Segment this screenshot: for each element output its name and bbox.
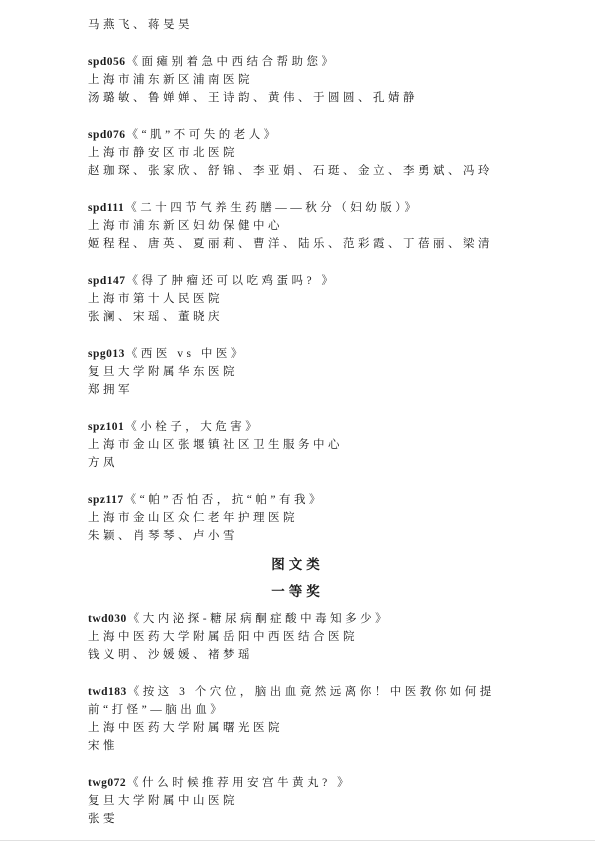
- entry-code: twd183: [88, 686, 127, 698]
- entry-twd183: twd183《按这 3 个穴位，脑出血竟然远离你！中医教你如何提前“打怪”—脑出…: [88, 683, 530, 755]
- entry-spd056: spd056《面瘫别着急中西结合帮助您》 上海市浦东新区浦南医院 汤璐敏、鲁婵婵…: [88, 53, 530, 107]
- entry-code: spd111: [88, 202, 124, 214]
- entry-code: spd076: [88, 129, 126, 141]
- entry-title: spd147《得了肿瘤还可以吃鸡蛋吗? 》: [88, 272, 530, 290]
- entry-spg013: spg013《西医 vs 中医》 复旦大学附属华东医院 郑拥军: [88, 345, 530, 399]
- section-heading: 图文类: [0, 555, 595, 575]
- entry-twg072: twg072《什么时候推荐用安宫牛黄丸? 》 复旦大学附属中山医院 张雯: [88, 774, 530, 828]
- entry-names: 钱义明、沙媛媛、褚梦瑶: [88, 646, 530, 664]
- entry-names: 方凤: [88, 454, 530, 472]
- entry-spz101: spz101《小栓子，大危害》 上海市金山区张堰镇社区卫生服务中心 方凤: [88, 418, 530, 472]
- entry-hospital: 上海中医药大学附属曙光医院: [88, 719, 530, 737]
- entry-code: twg072: [88, 777, 126, 789]
- entry-hospital: 上海市第十人民医院: [88, 290, 530, 308]
- entry-title-text: 《什么时候推荐用安宫牛黄丸? 》: [127, 777, 352, 789]
- entry-hospital: 复旦大学附属华东医院: [88, 363, 530, 381]
- entry-names: 汤璐敏、鲁婵婵、王诗韵、黄伟、于圆圆、孔婧静: [88, 89, 530, 107]
- document-content: 马燕飞、蒋旻昊 spd056《面瘫别着急中西结合帮助您》 上海市浦东新区浦南医院…: [88, 16, 530, 828]
- entry-title-text: 《大内泌探-糖尿病酮症酸中毒知多少》: [128, 613, 390, 625]
- entry-title: spd076《“肌”不可失的老人》: [88, 126, 530, 144]
- entry-names: 张雯: [88, 810, 530, 828]
- entry-names: 赵珈琛、张家欣、舒锦、李亚娟、石珽、金立、李勇斌、冯玲: [88, 162, 530, 180]
- entry-title: spd056《面瘫别着急中西结合帮助您》: [88, 53, 530, 71]
- document-page: 马燕飞、蒋旻昊 spd056《面瘫别着急中西结合帮助您》 上海市浦东新区浦南医院…: [0, 0, 595, 841]
- entry-hospital: 上海市浦东新区浦南医院: [88, 71, 530, 89]
- entry-title: spg013《西医 vs 中医》: [88, 345, 530, 363]
- entry-title-text: 《“帕”否怕否，抗“帕”有我》: [125, 494, 324, 506]
- entry-title: twd030《大内泌探-糖尿病酮症酸中毒知多少》: [88, 610, 530, 628]
- entry-code: twd030: [88, 613, 127, 625]
- entry-title: spd111《二十四节气养生药膳——秋分（妇幼版）》: [88, 199, 530, 217]
- entry-title-text: 《小栓子，大危害》: [125, 421, 260, 433]
- entry-names: 郑拥军: [88, 381, 530, 399]
- entry-spz117: spz117《“帕”否怕否，抗“帕”有我》 上海市金山区众仁老年护理医院 朱颖、…: [88, 491, 530, 545]
- entry-code: spd056: [88, 56, 126, 68]
- entry-hospital: 上海市静安区市北医院: [88, 144, 530, 162]
- entry-spd076: spd076《“肌”不可失的老人》 上海市静安区市北医院 赵珈琛、张家欣、舒锦、…: [88, 126, 530, 180]
- entry-names: 张澜、宋瑶、董晓庆: [88, 308, 530, 326]
- entry-names: 宋惟: [88, 737, 530, 755]
- entry-spd111: spd111《二十四节气养生药膳——秋分（妇幼版）》 上海市浦东新区妇幼保健中心…: [88, 199, 530, 253]
- entry-title-text: 《“肌”不可失的老人》: [127, 129, 279, 141]
- award-heading: 一等奖: [0, 582, 595, 602]
- entry-title: spz117《“帕”否怕否，抗“帕”有我》: [88, 491, 530, 509]
- entry-twd030: twd030《大内泌探-糖尿病酮症酸中毒知多少》 上海中医药大学附属岳阳中西医结…: [88, 610, 530, 664]
- entry-title-text: 《面瘫别着急中西结合帮助您》: [127, 56, 337, 68]
- entry-names: 朱颖、肖琴琴、卢小雪: [88, 527, 530, 545]
- entry-title: twd183《按这 3 个穴位，脑出血竟然远离你！中医教你如何提前“打怪”—脑出…: [88, 683, 530, 719]
- continued-names-line: 马燕飞、蒋旻昊: [88, 16, 530, 34]
- entry-code: spz101: [88, 421, 124, 433]
- entry-title-text: 《二十四节气养生药膳——秋分（妇幼版）》: [125, 202, 419, 214]
- entry-spd147: spd147《得了肿瘤还可以吃鸡蛋吗? 》 上海市第十人民医院 张澜、宋瑶、董晓…: [88, 272, 530, 326]
- entry-names: 姬程程、唐英、夏丽莉、曹洋、陆乐、范彩霞、丁蓓丽、梁清: [88, 235, 530, 253]
- entry-code: spg013: [88, 348, 125, 360]
- entry-title: twg072《什么时候推荐用安宫牛黄丸? 》: [88, 774, 530, 792]
- entry-title-text: 《按这 3 个穴位，脑出血竟然远离你！中医教你如何提前“打怪”—脑出血》: [88, 686, 495, 716]
- entry-code: spd147: [88, 275, 126, 287]
- entry-title-text: 《西医 vs 中医》: [126, 348, 246, 360]
- entry-title-text: 《得了肿瘤还可以吃鸡蛋吗? 》: [127, 275, 337, 287]
- entry-hospital: 上海市金山区众仁老年护理医院: [88, 509, 530, 527]
- entry-hospital: 复旦大学附属中山医院: [88, 792, 530, 810]
- entry-title: spz101《小栓子，大危害》: [88, 418, 530, 436]
- entry-hospital: 上海市金山区张堰镇社区卫生服务中心: [88, 436, 530, 454]
- entry-code: spz117: [88, 494, 124, 506]
- entry-hospital: 上海市浦东新区妇幼保健中心: [88, 217, 530, 235]
- entry-hospital: 上海中医药大学附属岳阳中西医结合医院: [88, 628, 530, 646]
